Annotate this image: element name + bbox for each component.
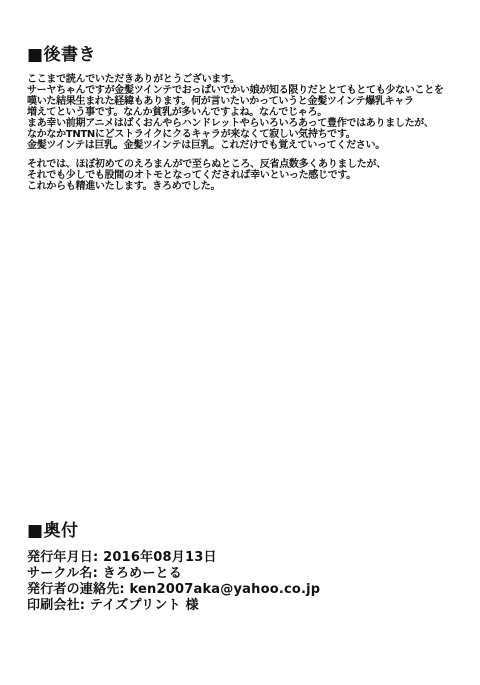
afterword-heading: ■後書き: [27, 45, 466, 65]
colophon-circle-name: サークル名: きろめーとる: [27, 566, 466, 582]
colophon-heading: ■奥付: [27, 521, 466, 541]
afterword-line: 金髪ツインテは巨乳。金髪ツインテは巨乳。これだけでも覚えていってください。: [27, 140, 466, 151]
colophon-printing-company: 印刷会社: テイズプリント 様: [27, 598, 466, 614]
afterword-line: 増えてという事です。なんか貧乳が多いんですよね。なんでじゃろ。: [27, 107, 466, 118]
afterword-line: それでは、ほぼ初めてのえろまんがで至らぬところ、反省点数多くありましたが、: [27, 159, 466, 170]
afterword-section: ■後書き ここまで読んでいただきありがとうございます。 サーヤちゃんですが金髪ツ…: [27, 45, 466, 192]
afterword-paragraph-1: ここまで読んでいただきありがとうございます。 サーヤちゃんですが金髪ツインテでお…: [27, 74, 466, 151]
colophon-publication-date: 発行年月日: 2016年08月13日: [27, 550, 466, 566]
afterword-paragraph-2: それでは、ほぼ初めてのえろまんがで至らぬところ、反省点数多くありましたが、 それ…: [27, 159, 466, 192]
afterword-line: これからも精進いたします。きろめでした。: [27, 181, 466, 192]
afterword-line: まあ幸い前期アニメはばくおんやらハンドレットやらいろいろあって豊作ではありました…: [27, 118, 466, 129]
document-page: ■後書き ここまで読んでいただきありがとうございます。 サーヤちゃんですが金髪ツ…: [0, 0, 480, 685]
afterword-line: ここまで読んでいただきありがとうございます。: [27, 74, 466, 85]
colophon-section: ■奥付 発行年月日: 2016年08月13日 サークル名: きろめーとる 発行者…: [27, 521, 466, 614]
afterword-line: 嘆いた結果生まれた経緯もあります。何が言いたいかっていうと金髪ツインテ爆乳キャラ: [27, 96, 466, 107]
afterword-line: サーヤちゃんですが金髪ツインテでおっぱいでかい娘が知る限りだととてもとても少ない…: [27, 85, 466, 96]
afterword-line: なかなかTNTNにどストライクにクるキャラが来なくて寂しい気持ちです。: [27, 129, 466, 140]
afterword-line: それでも少しでも股間のオトモとなってくだされば幸いといった感じです。: [27, 170, 466, 181]
colophon-contact-email: 発行者の連絡先: ken2007aka@yahoo.co.jp: [27, 582, 466, 598]
